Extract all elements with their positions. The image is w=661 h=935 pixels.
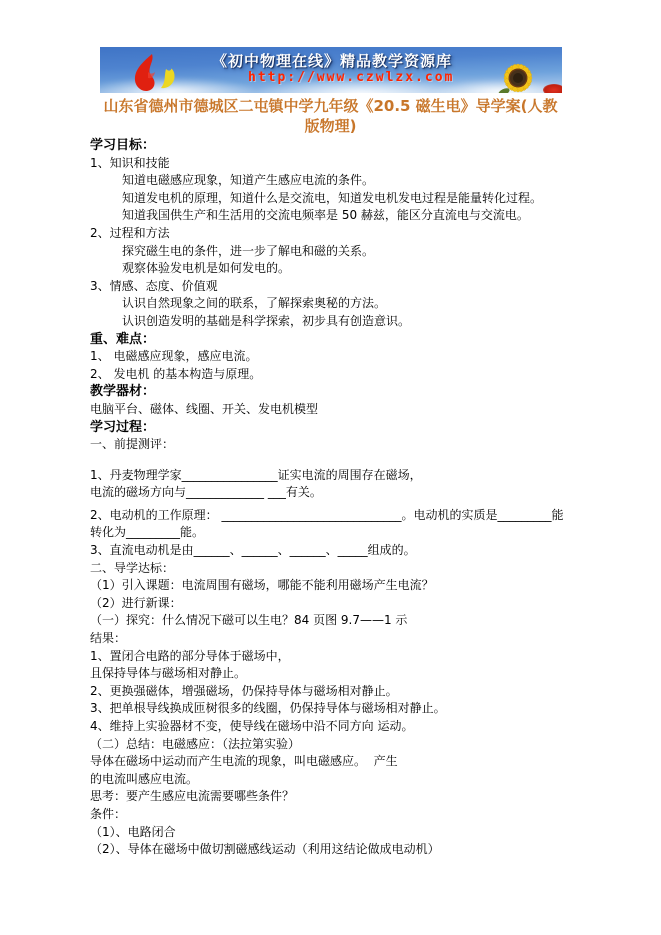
doc-line: 4、维持上实验器材不变，使导线在磁场中沿不同方向 运动。 [90, 718, 630, 736]
doc-line: 探究磁生电的条件，进一步了解电和磁的关系。 [90, 243, 630, 261]
doc-line: 3、把单根导线换成匝树很多的线圈，仍保持导体与磁场相对静止。 [90, 700, 630, 718]
fill-in-blank-question: 转化为_________能。 [90, 524, 630, 542]
doc-line: 2、 发电机 的基本构造与原理。 [90, 366, 630, 384]
doc-line: （一）探究：什么情况下磁可以生电？84 页图 9.7——1 示 [90, 612, 630, 630]
doc-line: 2、更换强磁体，增强磁场，仍保持导体与磁场相对静止。 [90, 683, 630, 701]
site-banner: 《初中物理在线》精品教学资源库 http://www.czwlzx.com [100, 47, 562, 93]
doc-line: 且保持导体与磁场相对静止。 [90, 665, 630, 683]
doc-line: 认识创造发明的基础是科学探索，初步具有创造意识。 [90, 313, 630, 331]
flame-logo-icon [126, 52, 188, 93]
doc-line: （1）引入课题：电流周围有磁场，哪能不能利用磁场产生电流？ [90, 577, 630, 595]
doc-line: 1、置闭合电路的部分导体于磁场中， [90, 648, 630, 666]
doc-line: 二、导学达标： [90, 560, 630, 578]
doc-line: 知道发电机的原理，知道什么是交流电，知道发电机发电过程是能量转化过程。 [90, 190, 630, 208]
fill-in-blank-question: 电流的磁场方向与_____________ ___有关。 [90, 484, 630, 502]
doc-line: 一、前提测评： [90, 436, 630, 454]
heading-learning-process: 学习过程： [90, 419, 630, 437]
fill-in-blank-question: 2、电动机的工作原理： ____________________________… [90, 507, 630, 525]
doc-line: 条件： [90, 806, 630, 824]
banner-site-name: 《初中物理在线》精品教学资源库 [212, 50, 512, 71]
doc-line: 知道我国供生产和生活用的交流电频率是 50 赫兹，能区分直流电与交流电。 [90, 207, 630, 225]
doc-line: 3、情感、态度、价值观 [90, 278, 630, 296]
doc-line: 1、 电磁感应现象，感应电流。 [90, 348, 630, 366]
heading-key-points: 重、难点： [90, 331, 630, 349]
doc-line: 观察体验发电机是如何发电的。 [90, 260, 630, 278]
heading-learning-goals: 学习目标： [90, 137, 630, 155]
doc-line: 知道电磁感应现象，知道产生感应电流的条件。 [90, 172, 630, 190]
doc-line: 结果： [90, 630, 630, 648]
doc-line: 思考：要产生感应电流需要哪些条件？ [90, 788, 630, 806]
doc-line: （2）、导体在磁场中做切割磁感线运动（利用这结论做成电动机） [90, 841, 630, 859]
fill-in-blank-question: 1、丹麦物理学家________________证实电流的周围存在磁场， [90, 467, 630, 485]
doc-line: （二）总结：电磁感应：（法拉第实验） [90, 736, 630, 754]
red-flower-decoration [543, 84, 562, 93]
doc-line: 认识自然现象之间的联系，了解探索奥秘的方法。 [90, 295, 630, 313]
doc-line: 的电流叫感应电流。 [90, 771, 630, 789]
banner-site-url: http://www.czwlzx.com [248, 70, 454, 85]
doc-line: （2）进行新课： [90, 595, 630, 613]
fill-in-blank-question: 3、直流电动机是由______、______、______、_____组成的。 [90, 542, 630, 560]
doc-line: 1、知识和技能 [90, 155, 630, 173]
document-page: 《初中物理在线》精品教学资源库 http://www.czwlzx.com [0, 0, 661, 935]
document-title: 山东省德州市德城区二屯镇中学九年级《20.5 磁生电》导学案(人教 版物理) [90, 96, 571, 136]
doc-line: 2、过程和方法 [90, 225, 630, 243]
heading-teaching-materials: 教学器材： [90, 383, 630, 401]
doc-line: 导体在磁场中运动而产生电流的现象，叫电磁感应。 产生 [90, 753, 630, 771]
document-body: 学习目标： 1、知识和技能 知道电磁感应现象，知道产生感应电流的条件。 知道发电… [90, 137, 630, 859]
doc-line: （1）、电路闭合 [90, 824, 630, 842]
doc-line: 电脑平台、磁体、线圈、开关、发电机模型 [90, 401, 630, 419]
